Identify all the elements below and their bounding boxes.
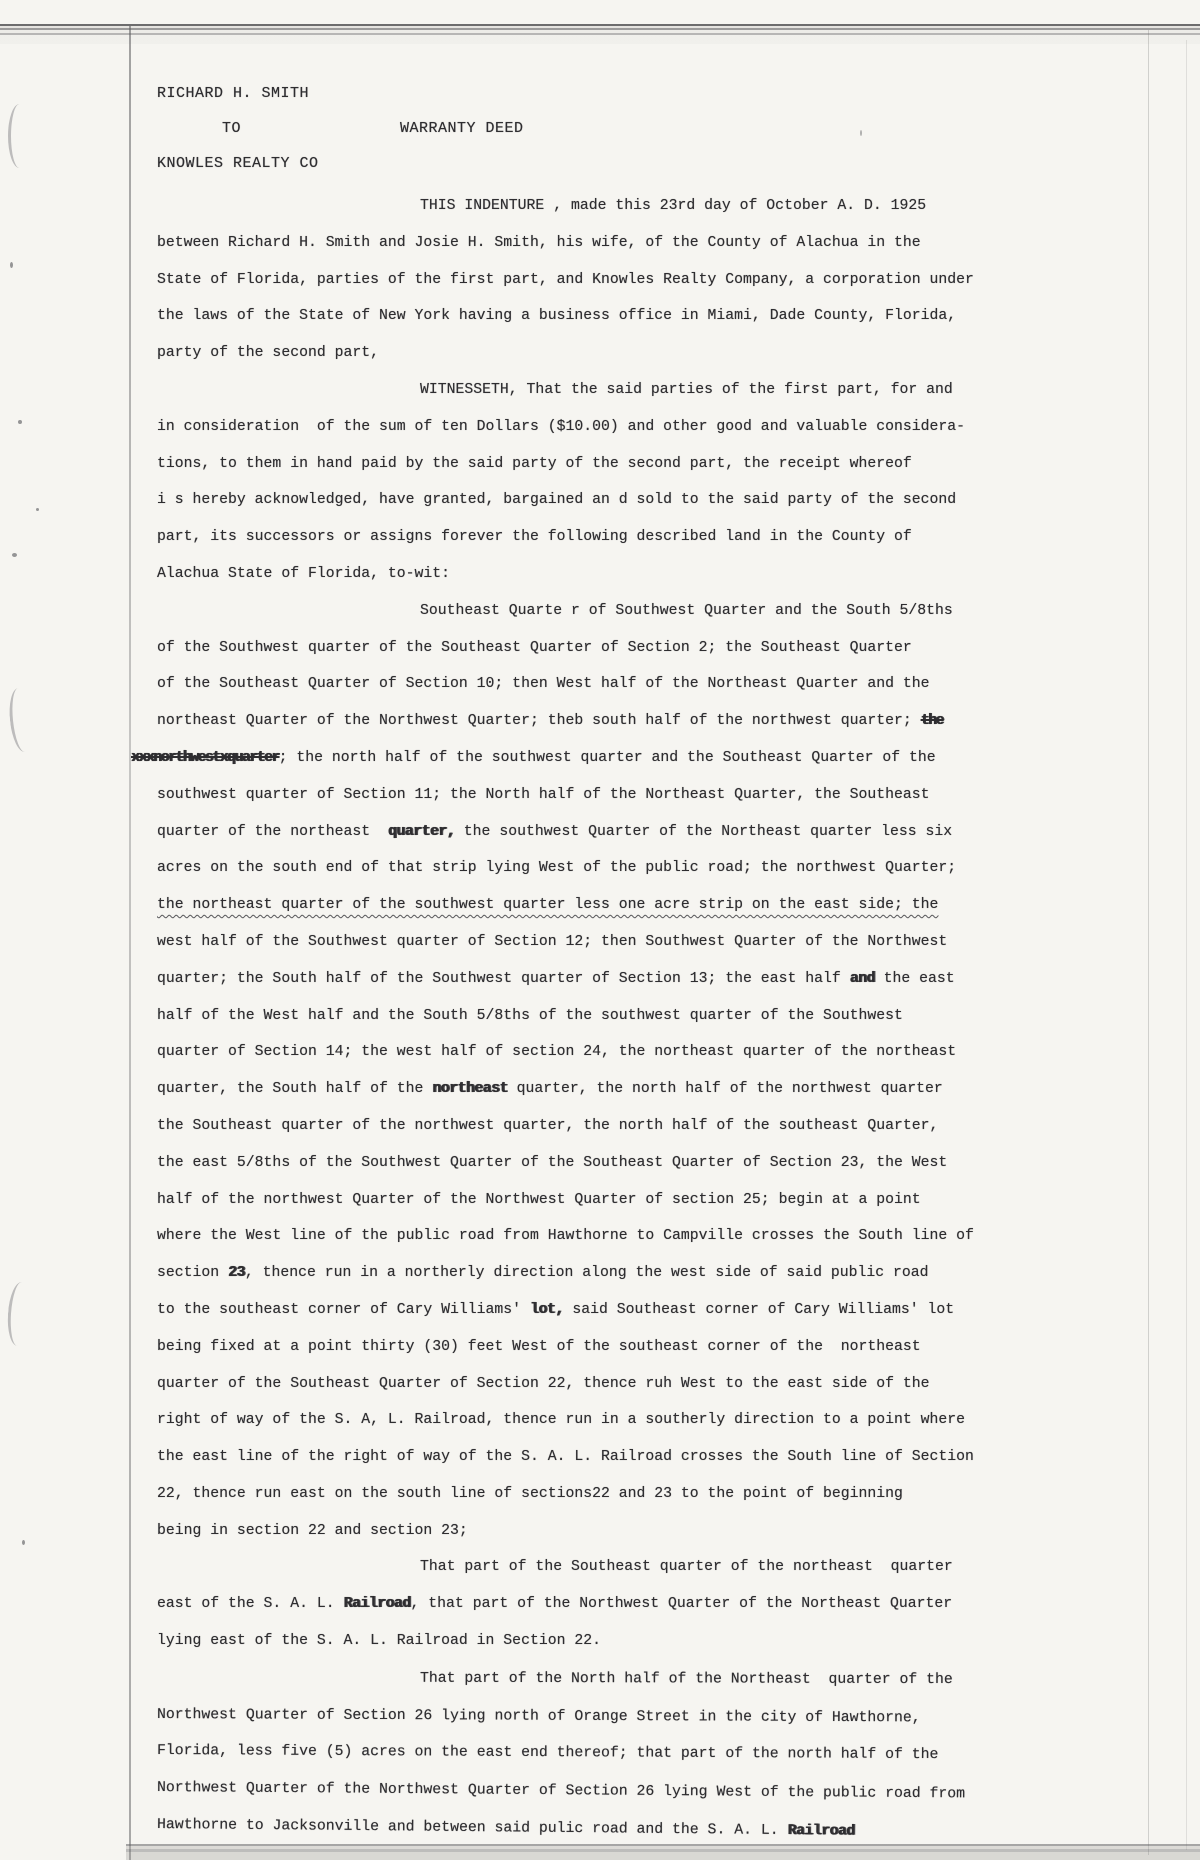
deed-text-line: right of way of the S. A, L. Railroad, t… bbox=[157, 1410, 1037, 1447]
deed-text-line: WITNESSETH, That the said parties of the… bbox=[157, 380, 1037, 417]
deed-text-line: between Richard H. Smith and Josie H. Sm… bbox=[157, 233, 1037, 270]
deed-text-line: being fixed at a point thirty (30) feet … bbox=[157, 1337, 1037, 1374]
typed-text: part, its successors or assigns forever … bbox=[157, 529, 912, 545]
typed-text: to the southeast corner of Cary Williams… bbox=[157, 1302, 530, 1318]
overtyped-text: 23 bbox=[228, 1265, 245, 1281]
typed-text: being in section 22 and section 23; bbox=[157, 1523, 468, 1539]
typed-text: quarter of the northeast bbox=[157, 824, 388, 840]
deed-text-line: east of the S. A. L. Railroad, that part… bbox=[157, 1594, 1037, 1631]
deed-text-line: tions, to them in hand paid by the said … bbox=[157, 454, 1037, 491]
deed-text-line: xxxnorthwestxquarter; the north half of … bbox=[131, 748, 1037, 785]
typed-text: Florida, less five (5) acres on the east… bbox=[157, 1743, 938, 1763]
typed-text: party of the second part, bbox=[157, 345, 379, 361]
to-label: TO bbox=[222, 120, 241, 137]
deed-text-line: southwest quarter of Section 11; the Nor… bbox=[157, 785, 1037, 822]
deed-text-line: quarter of the northeast quarter, the so… bbox=[157, 822, 1037, 859]
typed-text: , that part of the Northwest Quarter of … bbox=[411, 1596, 953, 1612]
overtyped-text: and bbox=[850, 971, 875, 987]
typed-text: where the West line of the public road f… bbox=[157, 1228, 974, 1244]
deed-text-line: the east 5/8ths of the Southwest Quarter… bbox=[157, 1153, 1037, 1190]
page-right-edge-line bbox=[1148, 30, 1149, 1855]
typed-text: the east 5/8ths of the Southwest Quarter… bbox=[157, 1155, 947, 1171]
typed-text: section bbox=[157, 1265, 228, 1281]
overtyped-text: quarter, bbox=[388, 824, 455, 840]
scan-speck bbox=[22, 1540, 25, 1545]
deed-text-line: the Southeast quarter of the northwest q… bbox=[157, 1116, 1037, 1153]
typed-text: That part of the Southeast quarter of th… bbox=[420, 1559, 953, 1575]
deed-text-line: northeast Quarter of the Northwest Quart… bbox=[157, 711, 1037, 748]
scan-speck bbox=[36, 508, 39, 511]
deed-text-line: to the southeast corner of Cary Williams… bbox=[157, 1300, 1037, 1337]
overtyped-text: northeast bbox=[432, 1081, 507, 1097]
typed-text: half of the West half and the South 5/8t… bbox=[157, 1008, 903, 1024]
underlined-text: the northeast quarter of the southwest q… bbox=[157, 897, 938, 913]
deed-text-line: THIS INDENTURE , made this 23rd day of O… bbox=[157, 196, 1037, 233]
deed-text-line: of the Southwest quarter of the Southeas… bbox=[157, 638, 1037, 675]
deed-text-line: being in section 22 and section 23; bbox=[157, 1521, 1037, 1558]
deed-text-line: 22, thence run east on the south line of… bbox=[157, 1484, 1037, 1521]
deed-text-line: quarter of the Southeast Quarter of Sect… bbox=[157, 1374, 1037, 1411]
typed-text: acres on the south end of that strip lyi… bbox=[157, 860, 956, 876]
deed-text-line: lying east of the S. A. L. Railroad in S… bbox=[157, 1631, 1037, 1668]
deed-text-line: the northeast quarter of the southwest q… bbox=[157, 895, 1037, 932]
scan-top-edge-band bbox=[0, 24, 1200, 44]
typed-text: That part of the North half of the North… bbox=[420, 1671, 953, 1688]
typed-text: lying east of the S. A. L. Railroad in S… bbox=[157, 1633, 601, 1649]
deed-text-line: State of Florida, parties of the first p… bbox=[157, 270, 1037, 307]
deed-text-line: acres on the south end of that strip lyi… bbox=[157, 858, 1037, 895]
deed-text-line: of the Southeast Quarter of Section 10; … bbox=[157, 674, 1037, 711]
deed-text-line: That part of the Southeast quarter of th… bbox=[157, 1557, 1037, 1594]
struck-out-text: the bbox=[921, 713, 943, 729]
deed-text-line: quarter, the South half of the northeast… bbox=[157, 1079, 1037, 1116]
typed-text: THIS INDENTURE , made this 23rd day of O… bbox=[420, 198, 926, 214]
grantee-name: KNOWLES REALTY CO bbox=[157, 155, 319, 172]
typed-text: Southeast Quarte r of Southwest Quarter … bbox=[420, 603, 953, 619]
struck-out-text: xxxnorthwestxquarter bbox=[131, 750, 279, 766]
typed-text: quarter, the South half of the bbox=[157, 1081, 432, 1097]
typed-text: the Southeast quarter of the northwest q… bbox=[157, 1118, 938, 1134]
overtyped-text: Railroad bbox=[343, 1596, 410, 1612]
page-right-edge-line-faint bbox=[1186, 40, 1187, 1850]
typed-text: Northwest Quarter of Section 26 lying no… bbox=[157, 1707, 921, 1726]
typed-text: quarter of Section 14; the west half of … bbox=[157, 1044, 956, 1060]
deed-text-line: quarter of Section 14; the west half of … bbox=[157, 1042, 1037, 1079]
document-title: WARRANTY DEED bbox=[400, 120, 524, 137]
typed-text: the east bbox=[875, 971, 955, 987]
deed-body-text: THIS INDENTURE , made this 23rd day of O… bbox=[157, 196, 1037, 1852]
deed-text-line: section 23, thence run in a northerly di… bbox=[157, 1263, 1037, 1300]
deed-text-line: Florida, less five (5) acres on the east… bbox=[157, 1741, 1037, 1782]
deed-text-line: where the West line of the public road f… bbox=[157, 1226, 1037, 1263]
deed-text-line: the laws of the State of New York having… bbox=[157, 306, 1037, 343]
deed-text-line: part, its successors or assigns forever … bbox=[157, 527, 1037, 564]
deed-text-line: That part of the North half of the North… bbox=[157, 1668, 1037, 1707]
typed-text: being fixed at a point thirty (30) feet … bbox=[157, 1339, 921, 1355]
scan-speck bbox=[10, 262, 13, 268]
scanned-deed-page: RICHARD H. SMITH TO WARRANTY DEED KNOWLE… bbox=[0, 0, 1200, 1860]
deed-text-line: west half of the Southwest quarter of Se… bbox=[157, 932, 1037, 969]
binder-clip-mark bbox=[6, 1281, 33, 1346]
typed-text: , thence run in a northerly direction al… bbox=[245, 1265, 929, 1281]
typed-text: ; the north half of the southwest quarte… bbox=[279, 750, 936, 766]
deed-text-line: Northwest Quarter of Section 26 lying no… bbox=[157, 1705, 1037, 1746]
deed-text-line: half of the northwest Quarter of the Nor… bbox=[157, 1190, 1037, 1227]
typed-text: of the Southwest quarter of the Southeas… bbox=[157, 640, 912, 656]
typed-text: Hawthorne to Jacksonville and between sa… bbox=[157, 1817, 788, 1839]
typed-text: quarter of the Southeast Quarter of Sect… bbox=[157, 1376, 930, 1392]
typed-text: i s hereby acknowledged, have granted, b… bbox=[157, 492, 956, 508]
typed-text: State of Florida, parties of the first p… bbox=[157, 272, 974, 288]
grantor-name: RICHARD H. SMITH bbox=[157, 85, 309, 102]
deed-text-line: the east line of the right of way of the… bbox=[157, 1447, 1037, 1484]
typed-text: in consideration of the sum of ten Dolla… bbox=[157, 419, 965, 435]
typed-text: Northwest Quarter of the Northwest Quart… bbox=[157, 1780, 965, 1802]
deed-text-line: i s hereby acknowledged, have granted, b… bbox=[157, 490, 1037, 527]
scan-speck bbox=[12, 553, 17, 557]
typed-text: quarter; the South half of the Southwest… bbox=[157, 971, 850, 987]
typed-text: east of the S. A. L. bbox=[157, 1596, 343, 1612]
typed-text: quarter, the north half of the northwest… bbox=[508, 1081, 943, 1097]
deed-text-line: party of the second part, bbox=[157, 343, 1037, 380]
deed-text-line: half of the West half and the South 5/8t… bbox=[157, 1006, 1037, 1043]
typed-text: right of way of the S. A, L. Railroad, t… bbox=[157, 1412, 965, 1428]
typed-text: tions, to them in hand paid by the said … bbox=[157, 456, 912, 472]
deed-text-line: in consideration of the sum of ten Dolla… bbox=[157, 417, 1037, 454]
binder-clip-mark bbox=[8, 104, 31, 168]
typed-text: southwest quarter of Section 11; the Nor… bbox=[157, 787, 930, 803]
typed-text: between Richard H. Smith and Josie H. Sm… bbox=[157, 235, 921, 251]
scan-speck bbox=[860, 130, 862, 136]
typed-text: west half of the Southwest quarter of Se… bbox=[157, 934, 947, 950]
page-left-edge-line bbox=[129, 26, 131, 1860]
typed-text: Alachua State of Florida, to-wit: bbox=[157, 566, 450, 582]
binder-clip-mark bbox=[7, 687, 37, 753]
typed-text: WITNESSETH, That the said parties of the… bbox=[420, 382, 953, 398]
typed-text: said Southeast corner of Cary Williams' … bbox=[563, 1302, 954, 1318]
deed-text-line: quarter; the South half of the Southwest… bbox=[157, 969, 1037, 1006]
typed-text: of the Southeast Quarter of Section 10; … bbox=[157, 676, 930, 692]
scan-speck bbox=[18, 420, 22, 424]
typed-text: half of the northwest Quarter of the Nor… bbox=[157, 1192, 921, 1208]
deed-text-line: Southeast Quarte r of Southwest Quarter … bbox=[157, 601, 1037, 638]
typed-text: the east line of the right of way of the… bbox=[157, 1449, 974, 1465]
typed-text: northeast Quarter of the Northwest Quart… bbox=[157, 713, 921, 729]
overtyped-text: Railroad bbox=[787, 1823, 854, 1840]
deed-text-line: Alachua State of Florida, to-wit: bbox=[157, 564, 1037, 601]
typed-text: the laws of the State of New York having… bbox=[157, 308, 956, 324]
typed-text: 22, thence run east on the south line of… bbox=[157, 1486, 903, 1502]
typed-text: the southwest Quarter of the Northeast q… bbox=[455, 824, 952, 840]
overtyped-text: lot, bbox=[530, 1302, 564, 1318]
